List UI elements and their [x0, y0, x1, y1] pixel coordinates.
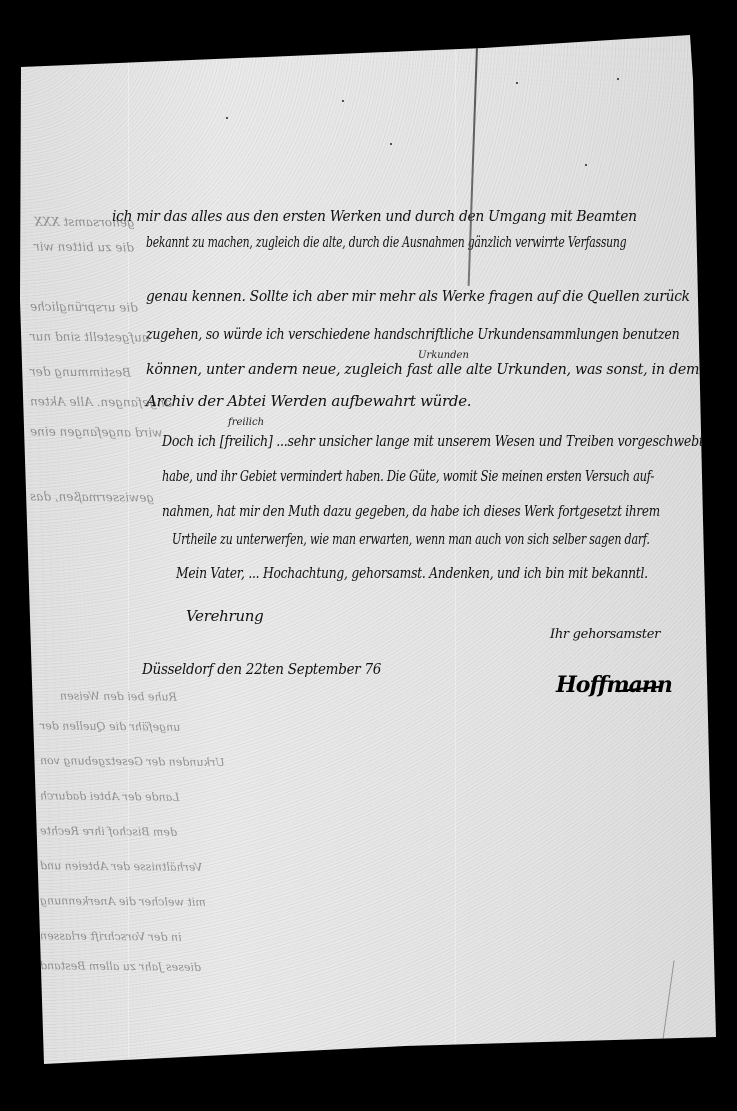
place-date: Düsseldorf den 22ten September 76 [142, 660, 381, 678]
bleed-through-text: gewissermaßen, das [30, 489, 154, 504]
paper-speck [617, 78, 619, 80]
bleed-through-text: ungefähr die Quellen der [40, 719, 180, 733]
letter-line: genau kennen. Sollte ich aber mir mehr a… [146, 287, 690, 305]
letter-line: Archiv der Abtei Werden aufbewahrt würde… [146, 392, 471, 410]
paper-speck [585, 164, 587, 166]
bleed-through-text: aufgestellt sind nur [30, 329, 149, 344]
bleed-through-text: die ursprüngliche [30, 299, 138, 314]
bleed-through-text: dem Bischof ihre Rechte [40, 824, 177, 838]
bleed-through-text: Ruhe bei den Weisen [60, 689, 177, 703]
insertion-note: Urkunden [418, 350, 469, 361]
paper-crease [662, 960, 674, 1039]
letter-line: Urtheile zu unterwerfen, wie man erwarte… [172, 530, 650, 548]
bleed-through-text: mit welcher die Anerkennung [40, 894, 206, 909]
signature: Hoffmann [556, 672, 672, 698]
letter-line: ich mir das alles aus den ersten Werken … [112, 207, 637, 225]
letter-line: Doch ich [freilich] ...sehr unsicher lan… [162, 432, 704, 450]
paper-speck [390, 143, 392, 145]
bleed-through-text: Lande der Abtei dadurch [40, 789, 180, 803]
letter-line: nahmen, hat mir den Muth dazu gegeben, d… [162, 502, 660, 520]
paper-speck [226, 117, 228, 119]
bleed-through-text: Urkunden der Gesetzgebung von [40, 754, 225, 769]
closing-phrase: Ihr gehorsamster [550, 627, 660, 642]
paper-speck [516, 82, 518, 84]
bleed-through-text: wird angefangen eine [30, 424, 163, 439]
bleed-through-text: Verhältnisse der Abteien und [40, 859, 202, 874]
paper-fold [455, 48, 456, 1048]
bleed-through-text: Bestimmung der [30, 364, 131, 379]
paper-speck [342, 100, 344, 102]
bleed-through-text: die zu bitten wir [34, 239, 134, 254]
letter-line: zugehen, so würde ich verschiedene hands… [146, 325, 679, 343]
bleed-through-text: in der Vorschrift erlassen [40, 929, 182, 943]
letter-line: Verehrung [186, 607, 263, 625]
letter-line: Mein Vater, ... Hochachtung, gehorsamst.… [176, 564, 648, 582]
letter-line: habe, und ihr Gebiet vermindert haben. D… [162, 467, 654, 485]
letter-line: bekannt zu machen, zugleich die alte, du… [146, 233, 626, 251]
document-page: gehorsamst XXX die zu bitten wir die urs… [0, 0, 737, 1111]
bleed-through-text: dieses Jahr zu allem Bestand [40, 959, 201, 974]
letter-line: können, unter andern neue, zugleich fast… [146, 360, 699, 378]
insertion-note: freilich [228, 417, 264, 428]
